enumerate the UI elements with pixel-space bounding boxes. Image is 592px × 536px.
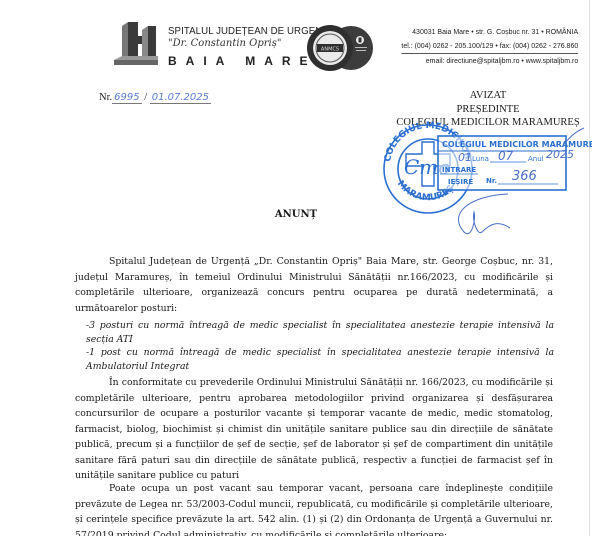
svg-text:Luna: Luna [472, 155, 489, 163]
registration-prefix: Nr. [99, 92, 112, 103]
approval-label: AVIZAT [378, 89, 592, 103]
svg-text:366: 366 [512, 169, 537, 184]
hospital-script-name: "Dr. Constantin Opriș" [168, 38, 281, 49]
positions-list: -3 posturi cu normă întreagă de medic sp… [86, 319, 554, 373]
registration-number: Nr.6995 / 01.07.2025 [99, 92, 211, 103]
registration-date: 01.07.2025 [150, 92, 211, 104]
svg-text:07: 07 [498, 149, 514, 163]
svg-text:Anul: Anul [528, 155, 544, 163]
document-title: ANUNȚ [0, 209, 592, 220]
svg-text:INTRARE: INTRARE [442, 166, 476, 174]
contact-phone: tel.: (004) 0262 - 205.100/129 • fax: (0… [401, 39, 578, 54]
svg-text:IEȘIRE: IEȘIRE [448, 178, 473, 186]
legal-basis-paragraph: În conformitate cu prevederile Ordinului… [75, 375, 553, 484]
svg-text:Nr.: Nr. [486, 177, 497, 185]
svg-text:2025: 2025 [546, 148, 574, 161]
college-stamp: COLEGIUL MEDICILOR MARAMUREȘ Cmo COLEGIU… [378, 114, 592, 240]
hospital-city: BAIA MARE [168, 54, 317, 68]
registration-value: 6995 [112, 92, 141, 104]
contact-address: 430031 Baia Mare • str. G. Coșbuc nr. 31… [401, 25, 578, 39]
svg-text:ANMCS: ANMCS [321, 47, 339, 53]
certification-badges-icon: ANMCS [305, 23, 375, 73]
position-item: -3 posturi cu normă întreagă de medic sp… [86, 319, 554, 346]
eligibility-paragraph: Poate ocupa un post vacant sau temporar … [75, 481, 553, 536]
position-item: -1 post cu normă întreagă de medic speci… [86, 346, 554, 373]
hospital-logo-icon [112, 20, 160, 68]
contact-web: email: directiune@spitaljbm.ro • www.spi… [401, 54, 578, 68]
svg-text:01: 01 [458, 151, 472, 164]
contact-info: 430031 Baia Mare • str. G. Coșbuc nr. 31… [386, 25, 578, 68]
intro-paragraph: Spitalul Județean de Urgență „Dr. Consta… [75, 254, 553, 316]
page-edge [589, 0, 590, 536]
